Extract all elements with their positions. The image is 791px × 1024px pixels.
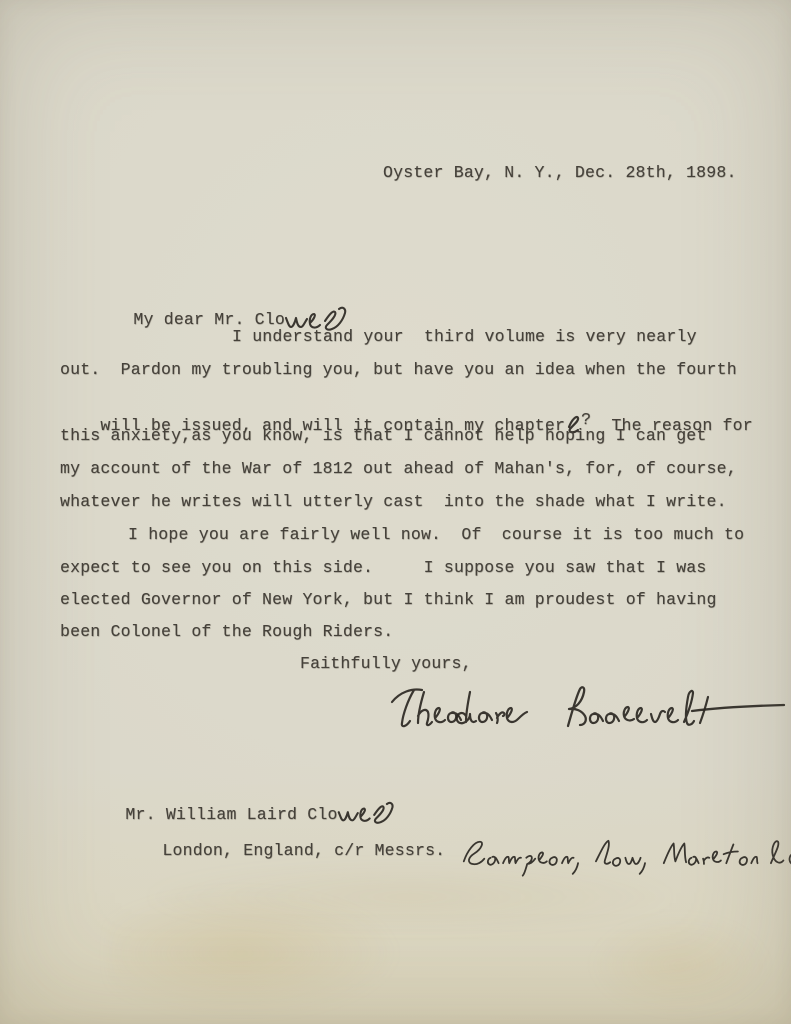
closing: Faithfully yours,	[300, 654, 472, 673]
body-line: my account of the War of 1812 out ahead …	[60, 459, 737, 478]
handwritten-firm-name	[455, 831, 791, 881]
body-line: out. Pardon my troubling you, but have y…	[60, 360, 737, 379]
body-line: whatever he writes will utterly cast int…	[60, 492, 727, 511]
dateline: Oyster Bay, N. Y., Dec. 28th, 1898.	[383, 163, 737, 182]
address-line-2: London, England, c/r Messrs.	[122, 812, 791, 900]
body-line: I hope you are fairly well now. Of cours…	[60, 525, 744, 544]
body-line: been Colonel of the Rough Riders.	[60, 622, 393, 641]
body-line: this anxiety,as you know, is that I cann…	[60, 426, 707, 445]
body-line: expect to see you on this side. I suppos…	[60, 558, 707, 577]
handwritten-signature	[386, 680, 788, 750]
paper-stain	[590, 915, 770, 1015]
address-city-typed: London, England, c/r Messrs.	[162, 841, 455, 860]
body-line: elected Governor of New York, but I thin…	[60, 590, 717, 609]
body-line: I understand your third volume is very n…	[60, 327, 697, 346]
letter-page: Oyster Bay, N. Y., Dec. 28th, 1898. My d…	[0, 0, 791, 1024]
body-line-with-insertion: will be issued, and will it contain my c…	[60, 393, 753, 455]
paper-stain	[110, 888, 400, 1018]
